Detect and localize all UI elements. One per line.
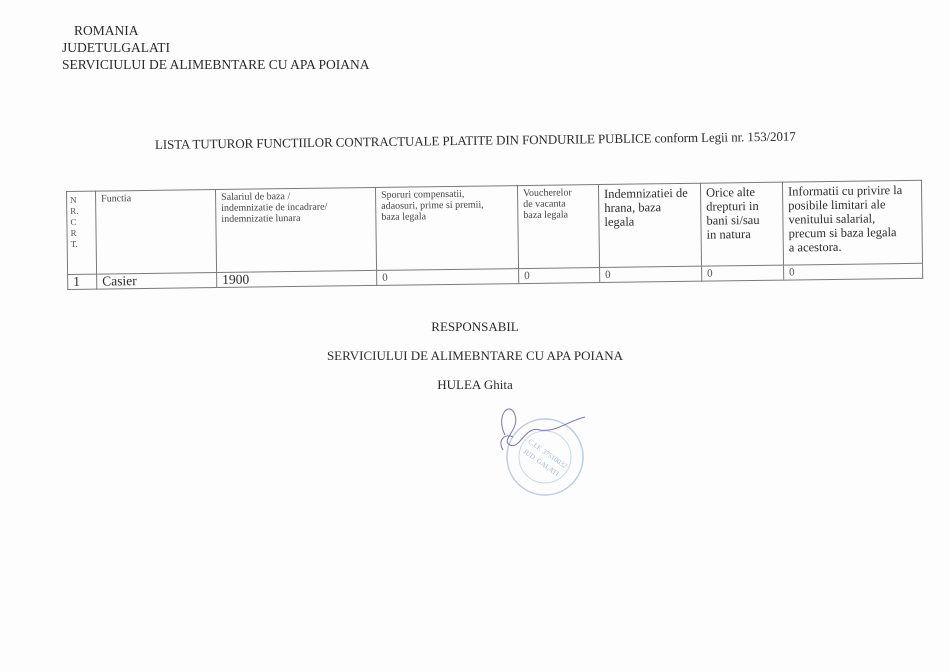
cell-alte-drepturi: 0: [702, 265, 784, 281]
cell-hrana: 0: [600, 266, 702, 282]
col-label: Orice alte drepturi in bani si/sau in na…: [706, 185, 760, 242]
table-header-row: N R. C R T. Functia Salariul de baza / i…: [67, 180, 923, 274]
col-label: Salariul de baza / indemnizatie de incad…: [221, 191, 327, 225]
institution: SERVICIULUI DE ALIMEBNTARE CU APA POIANA: [62, 56, 369, 73]
col-label: Informatii cu privire la posibile limita…: [788, 183, 902, 254]
signature-role: RESPONSABIL: [0, 319, 950, 335]
col-label: Voucherelor de vacanta baza legala: [523, 187, 572, 221]
col-informatii: Informatii cu privire la posibile limita…: [782, 180, 922, 265]
col-salariul: Salariul de baza / indemnizatie de incad…: [215, 187, 376, 272]
cell-functia: Casier: [97, 273, 217, 290]
county: JUDETULGALATI: [62, 39, 369, 56]
col-alte-drepturi: Orice alte drepturi in bani si/sau in na…: [700, 182, 783, 266]
cell-vouchere: 0: [519, 268, 600, 284]
col-label: N R. C R T.: [70, 195, 79, 249]
cell-salariul: 1900: [217, 270, 377, 287]
functions-table: N R. C R T. Functia Salariul de baza / i…: [66, 180, 922, 290]
cell-informatii: 0: [784, 263, 923, 280]
document-title: LISTA TUTUROR FUNCTIILOR CONTRACTUALE PL…: [155, 129, 796, 153]
col-label: Indemnizatiei de hrana, baza legala: [604, 186, 688, 229]
cell-nr: 1: [68, 274, 97, 289]
col-hrana: Indemnizatiei de hrana, baza legala: [598, 183, 701, 267]
col-functia: Functia: [96, 190, 217, 275]
document-header: ROMANIA JUDETULGALATI SERVICIULUI DE ALI…: [62, 22, 369, 73]
col-label: Functia: [101, 193, 131, 204]
signature-institution: SERVICIULUI DE ALIMEBNTARE CU APA POIANA: [0, 348, 950, 364]
col-label: Sporuri compensatii, adaosuri, prime si …: [381, 189, 484, 223]
cell-sporuri: 0: [377, 269, 519, 286]
col-sporuri: Sporuri compensatii, adaosuri, prime si …: [375, 186, 518, 271]
col-vouchere: Voucherelor de vacanta baza legala: [517, 185, 599, 269]
signature-name: HULEA Ghita: [0, 377, 950, 393]
col-nr-crt: N R. C R T.: [67, 191, 97, 274]
stamp-and-signature-icon: C.I.F. 37510032 JUD. GALATI: [485, 395, 605, 505]
country: ROMANIA: [62, 22, 369, 39]
